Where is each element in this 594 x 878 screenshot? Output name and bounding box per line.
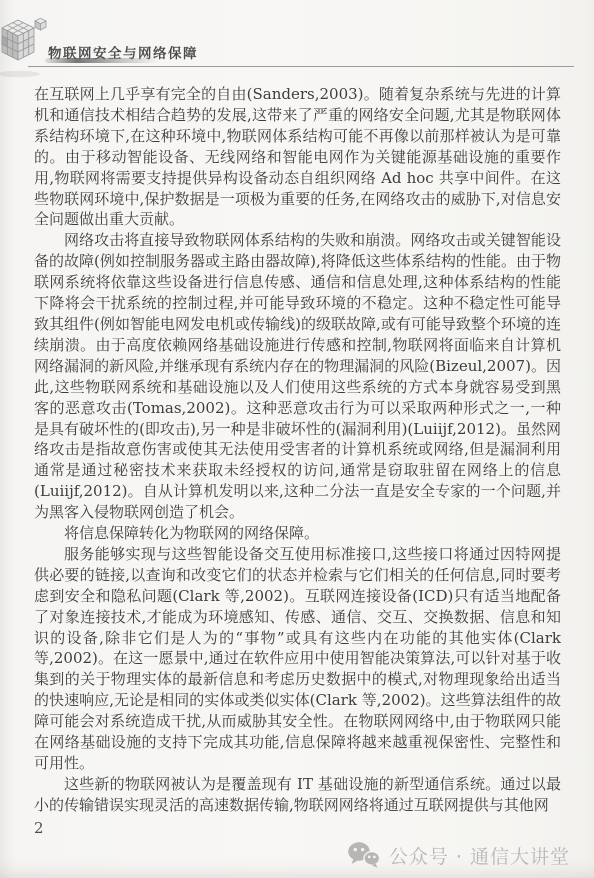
title-accent-bar <box>45 58 159 63</box>
watermark-text: 公众号 · 通信大讲堂 <box>389 842 570 869</box>
cube-logo-icon <box>0 12 48 82</box>
page-body-text: 在互联网上几乎享有完全的自由(Sanders,2003)。随着复杂系统与先进的计… <box>34 84 561 816</box>
paragraph: 这些新的物联网被认为是覆盖现有 IT 基础设施的新型通信系统。通过以最小的传输错… <box>34 774 561 816</box>
paragraph: 网络攻击将直接导致物联网体系结构的失败和崩溃。网络攻击或关键智能设备的故障(例如… <box>34 230 561 523</box>
book-page: 物联网安全与网络保障 在互联网上几乎享有完全的自由(Sanders,2003)。… <box>0 0 594 878</box>
page-header: 物联网安全与网络保障 <box>0 0 594 90</box>
header-divider-line <box>28 66 574 67</box>
paragraph: 服务能够实现与这些智能设备交互使用标准接口,这些接口将通过因特网提供必要的链接,… <box>34 544 561 774</box>
wechat-icon <box>347 841 380 869</box>
watermark: 公众号 · 通信大讲堂 <box>347 841 570 869</box>
paragraph: 在互联网上几乎享有完全的自由(Sanders,2003)。随着复杂系统与先进的计… <box>34 84 561 230</box>
page-number: 2 <box>34 819 44 837</box>
paragraph: 将信息保障转化为物联网的网络保障。 <box>34 523 561 544</box>
